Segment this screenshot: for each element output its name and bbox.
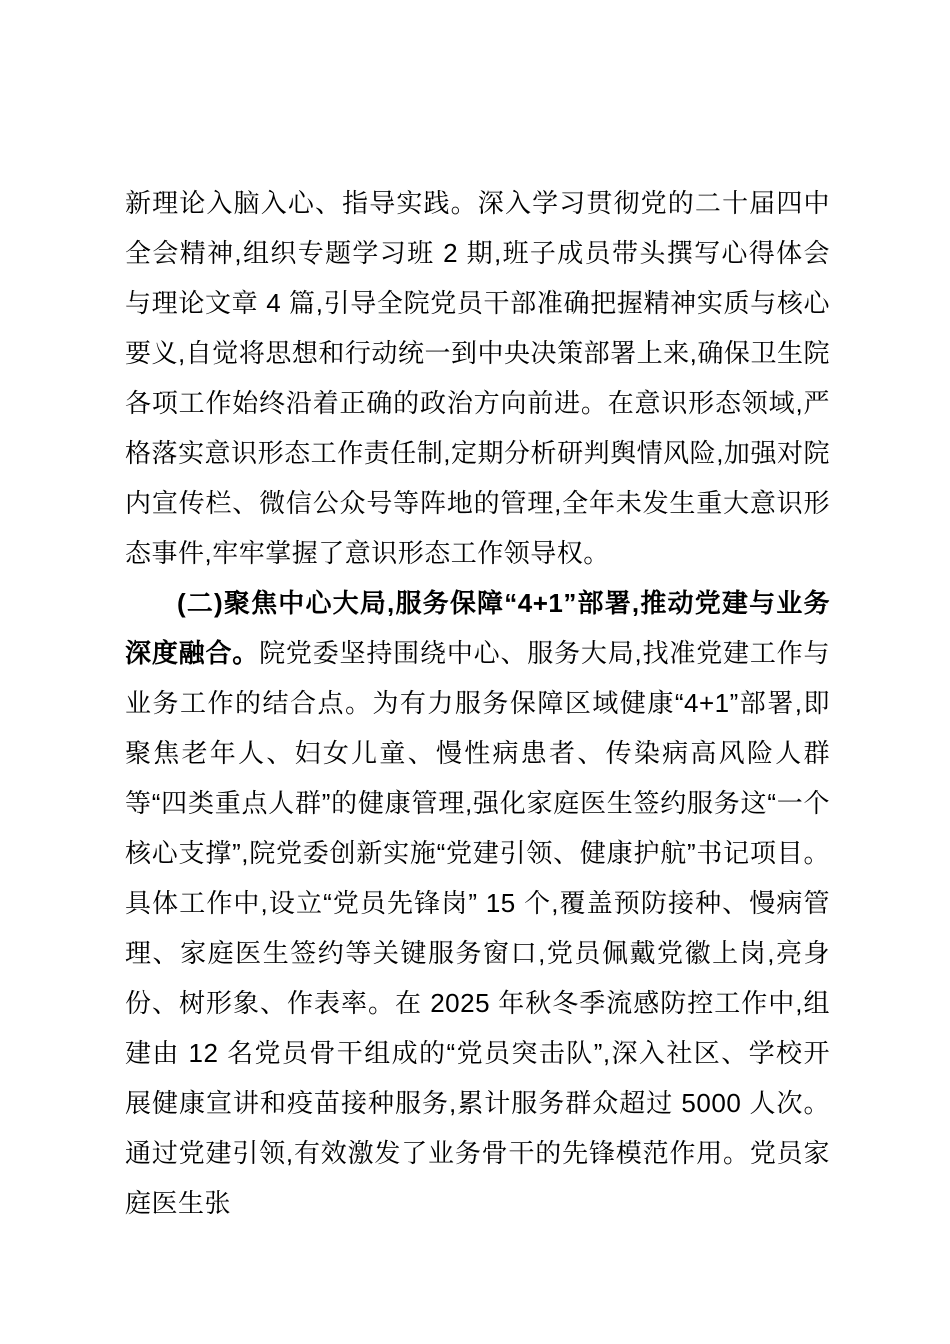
text-run: 新理论入脑入心、指导实践。深入学习贯彻党的二十届四中全会精神,组织专题学习班 2… <box>125 188 830 568</box>
document-page: 新理论入脑入心、指导实践。深入学习贯彻党的二十届四中全会精神,组织专题学习班 2… <box>0 0 950 1344</box>
paragraph-section-2: (二)聚焦中心大局,服务保障“4+1”部署,推动党建与业务深度融合。院党委坚持围… <box>125 578 830 1228</box>
document-body: 新理论入脑入心、指导实践。深入学习贯彻党的二十届四中全会精神,组织专题学习班 2… <box>125 178 830 1228</box>
text-run: 院党委坚持围绕中心、服务大局,找准党建工作与业务工作的结合点。为有力服务保障区域… <box>125 638 830 1218</box>
paragraph-continuation: 新理论入脑入心、指导实践。深入学习贯彻党的二十届四中全会精神,组织专题学习班 2… <box>125 178 830 578</box>
